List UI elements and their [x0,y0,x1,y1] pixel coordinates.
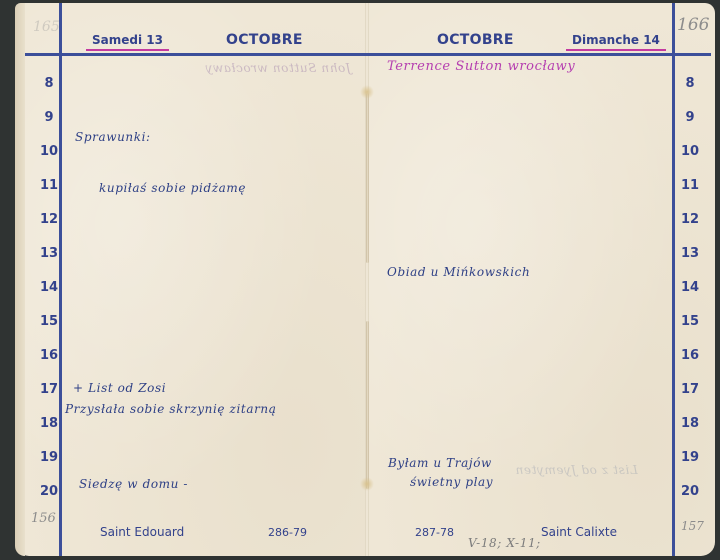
hour-label: 8 [37,76,61,91]
hour-label: 20 [678,484,702,499]
left-page-number-bottom: 156 [31,511,56,526]
hour-label: 16 [678,348,702,363]
pencil-note: V-18; X-11; [468,536,541,550]
left-page-number-top: 165 [33,19,60,35]
hour-label: 19 [37,450,61,465]
hour-label: 9 [37,110,61,125]
right-margin-rule [672,3,675,556]
hour-label: 16 [37,348,61,363]
hour-label: 12 [678,212,702,227]
handwritten-entry: świetny play [410,475,493,489]
hour-label: 11 [37,178,61,193]
left-day-count: 286-79 [268,526,307,539]
left-day-label: Samedi 13 [92,33,163,47]
hour-label: 10 [678,144,702,159]
hour-label: 8 [678,76,702,91]
hour-label: 18 [678,416,702,431]
hour-label: 13 [37,246,61,261]
hour-label: 14 [37,280,61,295]
hour-label: 13 [678,246,702,261]
handwritten-entry: Sprawunki: [75,130,151,144]
handwritten-entry-pink: Terrence Sutton wrocławy [387,59,575,74]
hour-label: 17 [678,382,702,397]
hour-label: 15 [37,314,61,329]
hour-label: 9 [678,110,702,125]
handwritten-entry: Siedzę w domu - [79,477,188,491]
handwritten-entry: + List od Zosi [73,381,166,395]
left-saint-name: Saint Edouard [100,525,184,539]
header-rule [25,53,711,56]
diary-spread: 165 Samedi 13 OCTOBRE OCTOBRE Dimanche 1… [15,3,715,556]
right-day-label: Dimanche 14 [572,33,660,47]
hour-label: 17 [37,382,61,397]
handwritten-entry: kupiłaś sobie pidżamę [99,181,246,195]
left-page [15,3,367,556]
right-page-number-bottom: 157 [681,519,704,533]
right-saint-name: Saint Calixte [541,525,617,539]
binding-thread-upper [366,93,369,263]
hour-label: 20 [37,484,61,499]
bleed-through-text: John Sutton wrocławy [205,61,351,75]
right-page-number-top: 166 [677,15,709,35]
right-month-label: OCTOBRE [437,32,514,48]
bleed-through-text: List z od Jyemyten [515,463,638,477]
hour-label: 19 [678,450,702,465]
day-underline [86,49,169,51]
left-month-label: OCTOBRE [226,32,303,48]
handwritten-entry: Przysłała sobie skrzynię zitarną [65,402,277,416]
day-underline [566,49,666,51]
hour-label: 12 [37,212,61,227]
left-day-text: Samedi 13 [92,33,163,47]
right-day-count: 287-78 [415,526,454,539]
glue-spot [360,477,374,491]
hour-label: 10 [37,144,61,159]
handwritten-entry: Obiad u Mińkowskich [387,265,530,279]
hour-label: 18 [37,416,61,431]
handwritten-entry: Byłam u Trajów [388,456,492,470]
hour-label: 14 [678,280,702,295]
right-day-text: Dimanche 14 [572,33,660,47]
hour-label: 11 [678,178,702,193]
glue-spot [360,85,374,99]
hour-label: 15 [678,314,702,329]
binding-thread-lower [366,321,369,489]
